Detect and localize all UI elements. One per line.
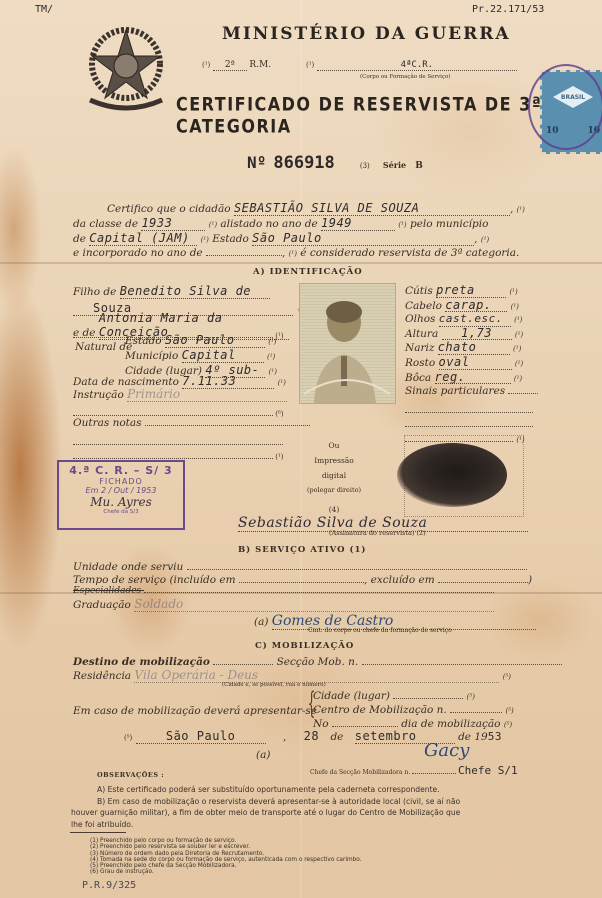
trait-altura: 1,73: [442, 327, 512, 341]
section-servico-ativo: B) SERVIÇO ATIVO (1): [238, 545, 366, 555]
postmark: [528, 64, 602, 150]
section-identificacao: A) IDENTIFICAÇÃO: [253, 267, 363, 277]
residencia-row: Residência Vila Operária - Deus (⁵): [73, 668, 511, 683]
corps-row: (¹) 4ªC.R.: [306, 60, 517, 71]
municipality: Capital (JAM): [89, 231, 197, 246]
cert-line-1: Certifico que o cidadão SEBASTIÃO SILVA …: [107, 201, 525, 216]
chief-row: Chefe da Secção Mobilizadora n. Chefe S/…: [310, 764, 518, 777]
corps-value: 4ªC.R.: [317, 60, 517, 71]
citizen-name: SEBASTIÃO SILVA DE SOUZA: [234, 201, 510, 216]
certificate-number: 866918: [273, 153, 334, 173]
person-silhouette-icon: [300, 284, 395, 403]
series-label: Série: [383, 160, 406, 170]
birth-municipality: Capital: [182, 349, 264, 363]
observacoes-title: OBSERVAÇÕES :: [97, 771, 164, 779]
class-year: 1933: [141, 216, 205, 231]
instrucao-value: Primário: [127, 387, 287, 402]
certificate-number-row: Nº 866918 (3) Série B: [247, 153, 423, 173]
observacao-b: B) Em caso de mobilização o reservista d…: [71, 796, 460, 808]
number-label: Nº: [247, 153, 266, 172]
date-day: 28: [304, 729, 319, 743]
apresentar-block: Cidade (lugar) (⁵) Centro de Mobilização…: [313, 690, 514, 732]
graduacao-row: Graduação Soldado: [73, 597, 494, 612]
signature-caption: (Assinatura do reservista) (2): [329, 529, 426, 537]
rm-value: 2ª: [213, 60, 247, 71]
corps-caption: (Corpo ou Formação de Serviço): [360, 74, 450, 80]
fingerprint-icon: [397, 443, 507, 507]
footnotes: (1) Preenchido pelo corpo ou formação de…: [90, 838, 362, 876]
commander-caption: Cmt. do corpo ou chefe da formação de se…: [308, 627, 452, 634]
fingerprint-labels: Ou Impressão digital (polegar direito) (…: [300, 438, 368, 517]
tempo-row: Tempo de serviço (incluído em , excluído…: [73, 574, 532, 586]
natural-block: Estado São Paulo (¹) Município Capital (…: [125, 334, 277, 379]
series-value: B: [415, 161, 423, 171]
trait-nariz: chato: [438, 341, 510, 355]
section-mobilizacao: C) MOBILIZAÇÃO: [255, 641, 354, 651]
portrait-photo: [299, 283, 396, 404]
chief-signature: Gacy: [424, 740, 469, 761]
outras-row: Outras notas: [73, 417, 310, 429]
ministry-title: MINISTÉRIO DA GUERRA: [222, 24, 511, 44]
enlisted-year: 1949: [321, 216, 395, 231]
trait-cutis: preta: [436, 284, 506, 298]
ref-left: TM/: [35, 4, 53, 15]
observacoes-text: A) Este certificado poderá ser substituí…: [71, 784, 460, 830]
footnote-item: (6) Grau de instrução.: [90, 869, 362, 875]
birth-state: São Paulo: [165, 334, 265, 348]
instrucao-row: Instrução Primário: [73, 387, 287, 402]
chief-value: Chefe S/1: [458, 764, 518, 777]
ref-right: Pr.22.171/53: [472, 4, 544, 15]
rm-label: R.M.: [249, 60, 271, 70]
destino-row: Destino de mobilização Secção Mob. n.: [73, 656, 562, 668]
rm-row: (¹) 2ª R.M.: [202, 60, 271, 71]
trait-olhos: cast.esc.: [439, 313, 511, 327]
outras-value: [145, 425, 310, 426]
residencia-value: Vila Operária - Deus: [134, 668, 499, 683]
unidade-row: Unidade onde serviu: [73, 561, 527, 573]
cert-line-3: de Capital (JAM) (¹) Estado São Paulo, (…: [73, 231, 489, 246]
observacao-a: A) Este certificado poderá ser substituí…: [71, 784, 460, 796]
footer-ref: P.R.9/325: [82, 880, 136, 891]
natural-de-label: Natural de: [75, 342, 132, 353]
trait-cabelo: carap.: [445, 299, 507, 313]
state: São Paulo: [252, 231, 474, 246]
em-caso-label: Em caso de mobilização deverá apresentar…: [73, 705, 317, 717]
cert-line-4: e incorporado no ano de , (¹) é consider…: [73, 247, 519, 259]
especialidades-row: Especialidades: [73, 586, 494, 596]
coat-of-arms-icon: [82, 20, 170, 115]
cert-line-2: da classe de 1933 (¹) alistado no ano de…: [73, 216, 488, 231]
trait-rosto: oval: [439, 356, 512, 370]
date-place: São Paulo: [136, 729, 266, 744]
traits-list: Cútis preta (¹) Cabelo carap. (¹) Olhos …: [405, 284, 538, 447]
graduacao-value: Soldado: [134, 597, 494, 612]
fichado-stamp: 4.ª C. R. – S/ 3 FICHADO Em 2 / Out / 19…: [57, 460, 185, 530]
date-year: 53: [488, 730, 502, 743]
trait-boca: reg.: [435, 371, 511, 385]
footnote-divider: [70, 832, 126, 833]
incorporated-year: [206, 255, 282, 256]
mob-a-label: (a): [256, 749, 270, 761]
